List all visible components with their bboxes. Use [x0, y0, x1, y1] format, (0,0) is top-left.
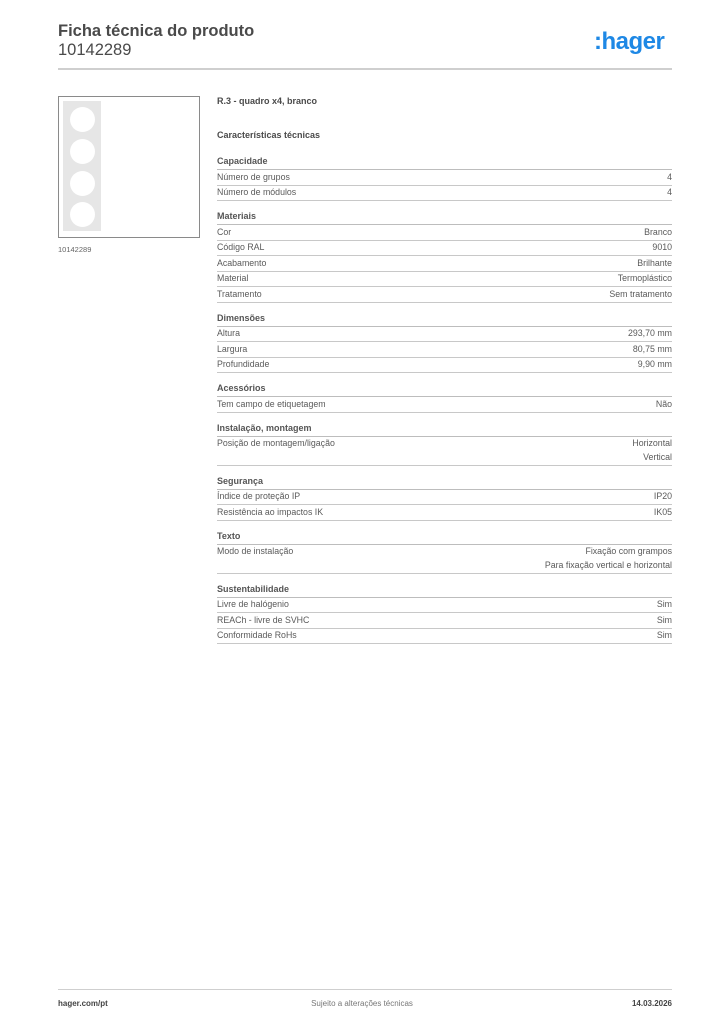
spec-row: Número de módulos4 — [217, 186, 672, 202]
spec-label: Número de grupos — [217, 171, 290, 185]
spec-content: R.3 - quadro x4, branco Características … — [217, 94, 672, 644]
spec-group: DimensõesAltura293,70 mmLargura80,75 mmP… — [217, 312, 672, 374]
spec-value: IP20 — [654, 490, 672, 504]
spec-label: Cor — [217, 226, 231, 240]
spec-row: Conformidade RoHsSim — [217, 629, 672, 645]
spec-row: Modo de instalaçãoFixação com grampos Pa… — [217, 545, 672, 574]
spec-group: AcessóriosTem campo de etiquetagemNão — [217, 382, 672, 413]
group-title: Instalação, montagem — [217, 422, 672, 437]
spec-label: Tratamento — [217, 288, 262, 302]
spec-label: Acabamento — [217, 257, 266, 271]
spec-label: Índice de proteção IP — [217, 490, 300, 504]
spec-row: Resistência ao impactos IKIK05 — [217, 505, 672, 521]
spec-value: 4 — [667, 186, 672, 200]
spec-row: TratamentoSem tratamento — [217, 287, 672, 303]
spec-label: Livre de halógenio — [217, 598, 289, 612]
spec-value: 4 — [667, 171, 672, 185]
socket-opening — [70, 171, 95, 196]
spec-value: Sim — [657, 614, 672, 628]
hager-logo: :hager — [594, 28, 664, 56]
image-caption: 10142289 — [58, 245, 91, 254]
spec-row: Profundidade9,90 mm — [217, 358, 672, 374]
spec-row: Posição de montagem/ligaçãoHorizontal Ve… — [217, 437, 672, 466]
spec-row: Tem campo de etiquetagemNão — [217, 397, 672, 413]
group-title: Sustentabilidade — [217, 583, 672, 598]
footer-date: 14.03.2026 — [632, 999, 672, 1008]
socket-opening — [70, 202, 95, 227]
spec-value: 9010 — [652, 241, 672, 255]
spec-group: CapacidadeNúmero de grupos4Número de mód… — [217, 155, 672, 201]
product-image — [58, 96, 200, 238]
product-name: R.3 - quadro x4, branco — [217, 94, 672, 108]
spec-value: 9,90 mm — [638, 358, 672, 372]
spec-value: Termoplástico — [618, 272, 672, 286]
spec-label: Material — [217, 272, 248, 286]
spec-value: Brilhante — [637, 257, 672, 271]
spec-label: Conformidade RoHs — [217, 629, 297, 643]
document-title: Ficha técnica do produto — [58, 21, 254, 41]
spec-value: Branco — [644, 226, 672, 240]
spec-row: Código RAL9010 — [217, 241, 672, 257]
socket-opening — [70, 107, 95, 132]
spec-row: Índice de proteção IPIP20 — [217, 490, 672, 506]
spec-row: Número de grupos4 — [217, 170, 672, 186]
spec-value: Não — [656, 398, 672, 412]
spec-label: Resistência ao impactos IK — [217, 506, 323, 520]
group-title: Dimensões — [217, 312, 672, 327]
group-title: Segurança — [217, 475, 672, 490]
spec-group: SustentabilidadeLivre de halógenioSimREA… — [217, 583, 672, 645]
spec-group: TextoModo de instalaçãoFixação com gramp… — [217, 530, 672, 574]
spec-value: Horizontal Vertical — [632, 437, 672, 464]
spec-value: Sem tratamento — [609, 288, 672, 302]
spec-value: Fixação com grampos Para fixação vertica… — [545, 545, 672, 572]
spec-label: Tem campo de etiquetagem — [217, 398, 326, 412]
section-title: Características técnicas — [217, 128, 672, 142]
spec-groups: CapacidadeNúmero de grupos4Número de mód… — [217, 155, 672, 644]
spec-label: Altura — [217, 327, 240, 341]
spec-row: Altura293,70 mm — [217, 327, 672, 343]
spec-label: Largura — [217, 343, 247, 357]
spec-label: Posição de montagem/ligação — [217, 437, 335, 464]
footer-divider — [58, 989, 672, 990]
spec-value: Sim — [657, 629, 672, 643]
product-frame-icon — [63, 101, 101, 231]
group-title: Texto — [217, 530, 672, 545]
spec-label: REACh - livre de SVHC — [217, 614, 309, 628]
group-title: Capacidade — [217, 155, 672, 170]
spec-value: IK05 — [654, 506, 672, 520]
spec-row: MaterialTermoplástico — [217, 272, 672, 288]
spec-group: SegurançaÍndice de proteção IPIP20Resist… — [217, 475, 672, 521]
group-title: Acessórios — [217, 382, 672, 397]
spec-row: CorBranco — [217, 225, 672, 241]
footer-disclaimer: Sujeito a alterações técnicas — [0, 999, 724, 1008]
spec-value: 293,70 mm — [628, 327, 672, 341]
spec-label: Profundidade — [217, 358, 269, 372]
spec-value: Sim — [657, 598, 672, 612]
group-title: Materiais — [217, 210, 672, 225]
spec-row: Livre de halógenioSim — [217, 598, 672, 614]
socket-opening — [70, 139, 95, 164]
spec-row: AcabamentoBrilhante — [217, 256, 672, 272]
spec-row: Largura80,75 mm — [217, 342, 672, 358]
spec-label: Modo de instalação — [217, 545, 293, 572]
spec-group: Instalação, montagemPosição de montagem/… — [217, 422, 672, 466]
header-divider — [58, 68, 672, 70]
spec-value: 80,75 mm — [633, 343, 672, 357]
spec-label: Número de módulos — [217, 186, 296, 200]
spec-group: MateriaisCorBrancoCódigo RAL9010Acabamen… — [217, 210, 672, 303]
spec-label: Código RAL — [217, 241, 264, 255]
product-number: 10142289 — [58, 40, 131, 60]
spec-row: REACh - livre de SVHCSim — [217, 613, 672, 629]
